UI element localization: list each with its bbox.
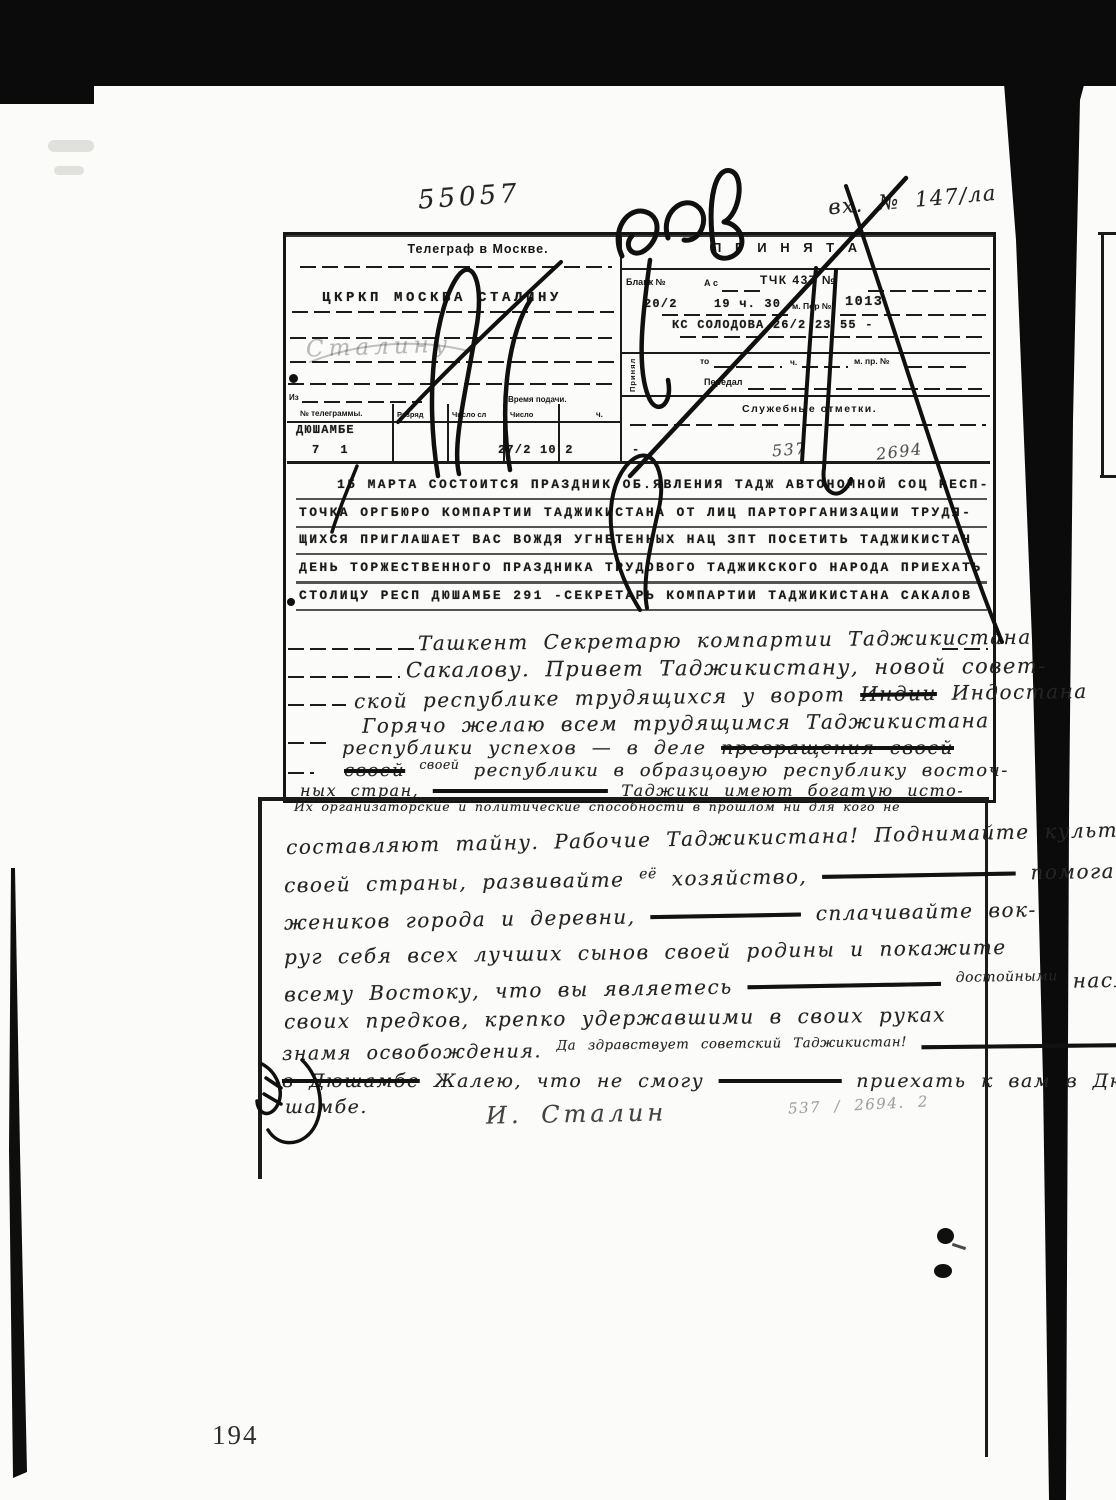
scrawl-loop-into-form: [642, 260, 669, 407]
scrawl-pencil-underline: [310, 344, 472, 362]
scrawl-typed-area-loop: [611, 455, 661, 610]
scrawl-zov: [618, 170, 742, 258]
scrawl-long-diagonal-up: [630, 178, 906, 476]
scrawl-long-diagonal-down: [846, 186, 1002, 642]
scrawl-margin-hook: [257, 1060, 320, 1143]
scanned-telegram-page: 55057 вх. № 147/ла Телеграф в Москве. ЦК…: [0, 0, 1116, 1500]
handwritten-scrawl-overlay: [0, 0, 1116, 1500]
scrawl-typed-area-slash: [332, 466, 357, 532]
scrawl-parallel-strokes: [802, 268, 851, 494]
